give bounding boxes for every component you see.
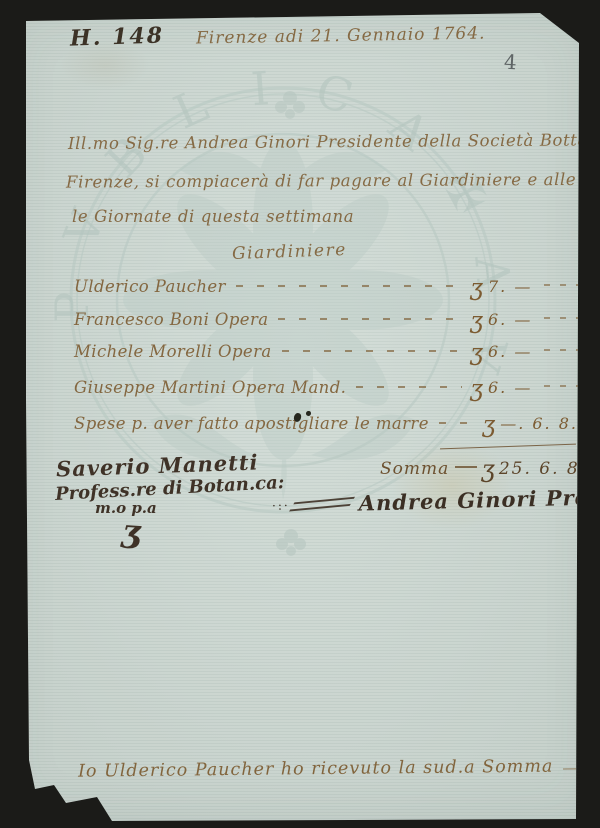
dotted-leader xyxy=(544,385,578,387)
total-row: Somma ʒ 25. 6. 8. xyxy=(380,452,587,480)
entry-amount: 6. — xyxy=(488,310,540,329)
entry-amount: 6. — xyxy=(488,378,540,397)
entry-row: Michele Morelli Opera ʒ 6. — xyxy=(74,337,578,363)
dateline: Firenze adi 21. Gennaio 1764. xyxy=(196,23,486,48)
signature-ginori-row: ·:· Andrea Ginori Presid.e xyxy=(272,483,600,518)
folio-number: 4 xyxy=(503,50,517,75)
reference-number: H. 148 xyxy=(70,22,165,51)
entry-label: Francesco Boni Opera xyxy=(74,310,268,329)
body-line-2: Firenze, si compiacerà di far pagare al … xyxy=(66,169,600,191)
entry-row: Spese p. aver fatto apostigliare le marr… xyxy=(74,409,578,435)
body-line-salutation: Ill.mo Sig.re Andrea Ginori Presidente d… xyxy=(68,130,600,153)
receipt-dash xyxy=(563,768,576,769)
dotted-leader xyxy=(544,317,578,319)
dotted-leader xyxy=(439,422,474,424)
dotted-leader xyxy=(356,386,462,388)
currency-symbol: ʒ xyxy=(481,455,495,483)
dotted-leader xyxy=(236,285,462,287)
signature-underline-flourish xyxy=(289,497,355,512)
signature-dots: ·:· xyxy=(272,498,290,512)
dotted-leader xyxy=(282,350,462,352)
paper: P V B L I C A ✠ A V G xyxy=(0,0,600,828)
signature-flourish: ʒ xyxy=(121,511,142,550)
dash xyxy=(455,466,477,468)
entry-amount: —. 6. 8. xyxy=(500,414,578,433)
section-title: Giardiniere xyxy=(232,240,347,264)
body-line-3: le Giornate di questa settimana xyxy=(72,207,354,226)
entry-label: Giuseppe Martini Opera Mand. xyxy=(74,378,346,397)
entry-amount: 7. — xyxy=(488,277,540,296)
total-amount: 25. 6. 8. xyxy=(499,459,587,479)
currency-symbol: ʒ xyxy=(482,412,495,438)
currency-symbol: ʒ xyxy=(470,340,483,366)
entry-row: Francesco Boni Opera ʒ 6. — xyxy=(74,305,578,331)
entry-amount: 6. — xyxy=(488,342,540,361)
dotted-leader xyxy=(544,284,578,286)
entry-label: Spese p. aver fatto apostigliare le marr… xyxy=(74,414,429,433)
currency-symbol: ʒ xyxy=(470,376,483,402)
entry-row: Giuseppe Martini Opera Mand. ʒ 6. — xyxy=(74,373,578,399)
photograph-background: P V B L I C A ✠ A V G xyxy=(0,0,600,828)
entry-row: Ulderico Paucher ʒ 7. — xyxy=(74,272,578,298)
dotted-leader xyxy=(278,318,462,320)
currency-symbol: ʒ xyxy=(470,275,483,301)
receipt-row: Io Ulderico Paucher ho ricevuto la sud.a… xyxy=(78,756,576,781)
currency-symbol: ʒ xyxy=(470,308,483,334)
total-label: Somma xyxy=(380,459,449,479)
receipt-line: Io Ulderico Paucher ho ricevuto la sud.a… xyxy=(78,757,554,782)
entry-label: Ulderico Paucher xyxy=(74,277,226,296)
entry-label: Michele Morelli Opera xyxy=(74,342,272,361)
dotted-leader xyxy=(544,349,578,351)
